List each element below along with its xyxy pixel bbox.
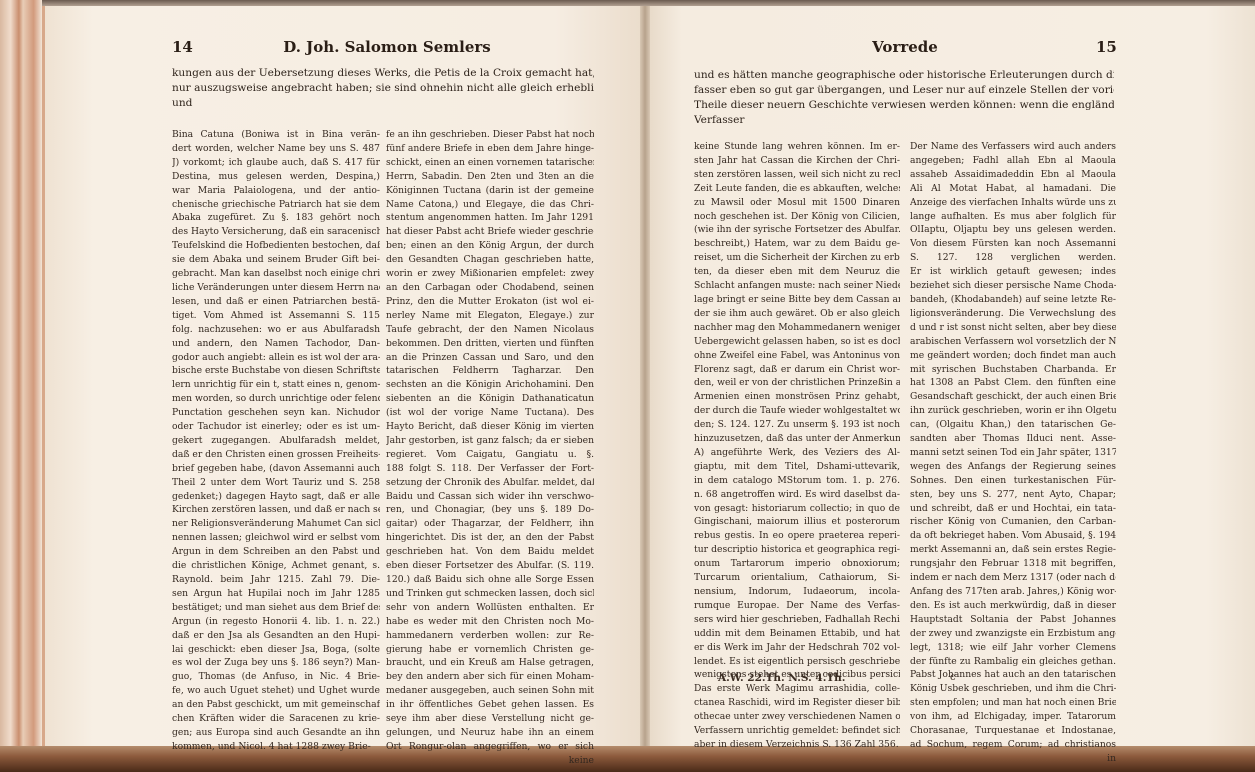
- text-line: Königinnen Tuctana (darin ist der gemein…: [386, 184, 594, 198]
- text-line: hat dieser Pabst acht Briefe wieder gesc…: [386, 225, 594, 239]
- left-page-column-1: Bina Catuna (Boniwa ist in Bina verän-de…: [172, 128, 380, 754]
- text-line: Verfassern unrichtig gemeldet: befindet …: [694, 724, 900, 738]
- text-line: sten Jahr hat Cassan die Kirchen der Chr…: [694, 154, 900, 168]
- text-line: der sie ihm auch gewäret. Ob er also gle…: [694, 307, 900, 321]
- text-line: war Maria Palaiologena, und der antio-: [172, 184, 380, 198]
- left-page-number: 14: [172, 38, 193, 56]
- signature-mark: A.W. 22.Th. N.S. 4.Th.: [718, 672, 845, 684]
- catchword: und: [172, 96, 594, 111]
- text-line: rumque Europae. Der Name des Verfas-: [694, 599, 900, 613]
- right-page-column-1: keine Stunde lang wehren können. Im er-s…: [694, 140, 900, 752]
- text-line: Er ist wirklich getauft gewesen; indes: [910, 265, 1116, 279]
- text-line: (ist wol der vorige Name Tuctana). Des: [386, 406, 594, 420]
- text-line: bische erste Buchstabe von diesen Schrif…: [172, 364, 380, 378]
- intro-line: Theile dieser neuern Geschichte verwiese…: [694, 98, 1114, 113]
- intro-line: kungen aus der Uebersetzung dieses Werks…: [172, 66, 594, 81]
- text-line: hat 1308 an Pabst Clem. den fünften eine: [910, 376, 1116, 390]
- text-line: medaner ausgegeben, auch seinen Sohn mit: [386, 684, 594, 698]
- text-line: es wol der Zuga bey uns §. 186 seyn?) Ma…: [172, 656, 380, 670]
- text-line: indem er nach dem Merz 1317 (oder nach d…: [910, 571, 1116, 585]
- text-line: lai geschickt: eben dieser Jsa, Boga, (s…: [172, 643, 380, 657]
- text-line: den Gesandten Chagan geschrieben hatte,: [386, 253, 594, 267]
- text-line: Turcarum orientalium, Cathaiorum, Si-: [694, 571, 900, 585]
- text-line: Das erste Werk Magimu arrashidia, colle-: [694, 682, 900, 696]
- text-line: rischer König von Cumanien, den Carban-: [910, 515, 1116, 529]
- text-line: onum Tartarorum imperio obnoxiorum;: [694, 557, 900, 571]
- text-line: bekommen. Den dritten, vierten und fünft…: [386, 337, 594, 351]
- text-line: dert worden, welcher Name bey uns S. 487: [172, 142, 380, 156]
- text-line: Ali Al Motat Habat, al hamadani. Die: [910, 182, 1116, 196]
- text-line: reiset, um die Sicherheit der Kirchen zu…: [694, 251, 900, 265]
- text-line: Sohnes. Den einen turkestanischen Für-: [910, 474, 1116, 488]
- text-line: habe es weder mit den Christen noch Mo-: [386, 615, 594, 629]
- text-line: hinzuzusetzen, daß das unter der Anmerku…: [694, 432, 900, 446]
- text-line: Raynold. beim Jahr 1215. Zahl 79. Die-: [172, 573, 380, 587]
- text-line: angegeben; Fadhl allah Ebn al Maoula: [910, 154, 1116, 168]
- text-line: des Hayto Versicherung, daß ein saraceni…: [172, 225, 380, 239]
- text-line: lesen, und daß er einen Patriarchen best…: [172, 295, 380, 309]
- left-running-head: D. Joh. Salomon Semlers: [262, 38, 512, 56]
- text-line: giaptu, mit dem Titel, Dshami-uttevarik,: [694, 460, 900, 474]
- text-line: Teufelskind die Hofbedienten bestochen, …: [172, 239, 380, 253]
- text-line: assaheb Assaidimadeddin Ebn al Maoula: [910, 168, 1116, 182]
- text-line: Chorasanae, Turquestanae et Indostanae,: [910, 724, 1116, 738]
- text-line: ten, da dieser eben mit dem Neuruz die: [694, 265, 900, 279]
- text-line: noch geschehen ist. Der König von Cilici…: [694, 210, 900, 224]
- text-line: A) angeführte Werk, des Veziers des Al-: [694, 446, 900, 460]
- text-line: lern unrichtig für ein t, statt eines n,…: [172, 378, 380, 392]
- text-line: Schlacht anfangen muste: nach seiner Nie…: [694, 279, 900, 293]
- text-line: ben; einen an den König Argun, der durch: [386, 239, 594, 253]
- text-line: in ihr öffentliches Gebet gehen lassen. …: [386, 698, 594, 712]
- text-line: liche Veränderungen unter diesem Herrn n…: [172, 281, 380, 295]
- text-line: beschreibt,) Hatem, war zu dem Baidu ge-: [694, 237, 900, 251]
- text-line: worin er zwey Mißionarien empfelet: zwey: [386, 267, 594, 281]
- text-line: merkt Assemanni an, daß sein erstes Regi…: [910, 543, 1116, 557]
- text-line: und andern, den Namen Tachodor, Dan-: [172, 337, 380, 351]
- text-line: wegen des Anfangs der Regierung seines: [910, 460, 1116, 474]
- text-line: men worden, so durch unrichtige oder fel…: [172, 392, 380, 406]
- text-line: sehr von andern Wollüsten enthalten. Er: [386, 601, 594, 615]
- text-line: beziehet sich dieser persische Name Chod…: [910, 279, 1116, 293]
- text-line: Hauptstadt Soltania der Pabst Johannes: [910, 613, 1116, 627]
- text-line: Argun (in regesto Honorii 4. lib. 1. n. …: [172, 615, 380, 629]
- text-line: Zeit Leute fanden, die es abkauften, wel…: [694, 182, 900, 196]
- text-line: Von diesem Fürsten kan noch Assemanni: [910, 237, 1116, 251]
- text-line: schickt, einen an einen vornemen tataris…: [386, 156, 594, 170]
- text-line: nensium, Indorum, Iudaeorum, incola-: [694, 585, 900, 599]
- text-line: an die Prinzen Cassan und Saro, und den: [386, 351, 594, 365]
- text-line: setzung der Chronik des Abulfar. meldet,…: [386, 476, 594, 490]
- text-line: Theil 2 unter dem Wort Tauriz und S. 258: [172, 476, 380, 490]
- text-line: chen Kräften wider die Saracenen zu krie…: [172, 712, 380, 726]
- text-line: der durch die Taufe wieder wohlgestaltet…: [694, 404, 900, 418]
- text-line: Armenien einen monströsen Prinz gehabt,: [694, 390, 900, 404]
- text-line: König Usbek geschrieben, und ihm die Chr…: [910, 682, 1116, 696]
- text-line: me geändert worden; doch findet man auch: [910, 349, 1116, 363]
- text-line: nachher mag den Mohammedanern weniger: [694, 321, 900, 335]
- right-intro-paragraph: und es hätten manche geographische oder …: [694, 68, 1114, 128]
- text-line: legt, 1318; wie eilf Jahr vorher Clemens: [910, 641, 1116, 655]
- text-line: und Trinken gut schmecken lassen, doch s…: [386, 587, 594, 601]
- left-intro-paragraph: kungen aus der Uebersetzung dieses Werks…: [172, 66, 594, 111]
- text-line: gedenket;) dagegen Hayto sagt, daß er al…: [172, 490, 380, 504]
- text-line: gekert zugegangen. Abulfaradsh meldet,: [172, 434, 380, 448]
- text-line: Uebergewicht gelassen haben, so ist es d…: [694, 335, 900, 349]
- text-line: regieret. Vom Caigatu, Gangiatu u. §.: [386, 448, 594, 462]
- text-line: gierung habe er vornemlich Christen ge-: [386, 643, 594, 657]
- text-line: Anfang des 717ten arab. Jahres,) König w…: [910, 585, 1116, 599]
- text-line: den; S. 124. 127. Zu unserm §. 193 ist n…: [694, 418, 900, 432]
- text-line: fünf andere Briefe in eben dem Jahre hin…: [386, 142, 594, 156]
- text-line: Florenz sagt, daß er darum ein Christ wo…: [694, 363, 900, 377]
- text-line: Hayto Bericht, daß dieser König im viert…: [386, 420, 594, 434]
- text-line: Kirchen zerstören lassen, und daß er nac…: [172, 503, 380, 517]
- text-line: manni setzt seinen Tod ein Jahr später, …: [910, 446, 1116, 460]
- text-line: Pabst Johannes hat auch an den tatarisch…: [910, 668, 1116, 682]
- text-line: geschrieben hat. Von dem Baidu meldet: [386, 545, 594, 559]
- intro-line: fasser eben so gut gar übergangen, und L…: [694, 83, 1114, 98]
- text-line: da oft bekrieget haben. Vom Abusaid, §. …: [910, 529, 1116, 543]
- left-page-column-2: fe an ihn geschrieben. Dieser Pabst hat …: [386, 128, 594, 768]
- text-line: ligionsveränderung. Die Verwechslung des: [910, 307, 1116, 321]
- text-line: gaitar) oder Thagarzar, der Feldherr, ih…: [386, 517, 594, 531]
- text-line: 188 folgt S. 118. Der Verfasser der Fort…: [386, 462, 594, 476]
- text-line: daß er den Christen einen grossen Freihe…: [172, 448, 380, 462]
- text-line: daß er den Jsa als Gesandten an den Hupi…: [172, 629, 380, 643]
- text-line: ren, und Chonagiar, (bey uns §. 189 Do-: [386, 503, 594, 517]
- right-page-column-2: Der Name des Verfassers wird auch anders…: [910, 140, 1116, 766]
- text-line: Argun in dem Schreiben an den Pabst und: [172, 545, 380, 559]
- text-line: fe an ihn geschrieben. Dieser Pabst hat …: [386, 128, 594, 142]
- text-line: fe, wo auch Uguet stehet) und Ughet wurd…: [172, 684, 380, 698]
- text-line: sechsten an die Königin Arichohamini. De…: [386, 378, 594, 392]
- text-line: sten, bey uns S. 277, nent Ayto, Chapar;: [910, 488, 1116, 502]
- text-line: sie dem Abaka und seinem Bruder Gift bei…: [172, 253, 380, 267]
- text-line: den, weil er von der christlichen Prinze…: [694, 376, 900, 390]
- text-line: aber in diesem Verzeichnis S. 136 Zahl 3…: [694, 738, 900, 752]
- text-line: sten empfolen; und man hat noch einen Br…: [910, 696, 1116, 710]
- catchword: keine: [386, 754, 594, 768]
- text-line: lange aufhalten. Es mus aber folglich fü…: [910, 210, 1116, 224]
- text-line: an den Pabst geschickt, um mit gemeinsch…: [172, 698, 380, 712]
- text-line: in dem catalogo MStorum tom. 1. p. 276.: [694, 474, 900, 488]
- text-line: Baidu und Cassan sich wider ihn verschwo…: [386, 490, 594, 504]
- text-line: Jahr gestorben, ist ganz falsch; da er s…: [386, 434, 594, 448]
- text-line: chenische griechische Patriarch hat sie …: [172, 198, 380, 212]
- text-line: eben dieser Fortsetzer des Abulfar. (S. …: [386, 559, 594, 573]
- text-line: Gingischani, maiorum illius et posteroru…: [694, 515, 900, 529]
- signature-letter: c: [950, 672, 956, 683]
- text-line: bandeh, (Khodabandeh) auf seine letzte R…: [910, 293, 1116, 307]
- text-line: sten zerstören lassen, weil sich nicht z…: [694, 168, 900, 182]
- text-line: den. Es ist auch merkwürdig, daß in dies…: [910, 599, 1116, 613]
- text-line: S. 127. 128 verglichen werden.: [910, 251, 1116, 265]
- text-line: Ort Rongur-olan angegriffen, wo er sich: [386, 740, 594, 754]
- text-line: braucht, und ein Kreuß am Halse getragen…: [386, 656, 594, 670]
- text-line: n. 68 angetroffen wird. Es wird daselbst…: [694, 488, 900, 502]
- text-line: keine Stunde lang wehren können. Im er-: [694, 140, 900, 154]
- text-line: can, (Olgaitu Khan,) den tatarischen Ge-: [910, 418, 1116, 432]
- text-line: stentum angenommen hatten. Im Jahr 1291: [386, 211, 594, 225]
- text-line: an den Carbagan oder Chodabend, seinen: [386, 281, 594, 295]
- text-line: Prinz, den die Mutter Erokaton (ist wol …: [386, 295, 594, 309]
- text-line: gen; aus Europa sind auch Gesandte an ih…: [172, 726, 380, 740]
- text-line: Destina, mus gelesen werden, Despina,): [172, 170, 380, 184]
- text-line: guo, Thomas (de Anfuso, in Nic. 4 Brie-: [172, 670, 380, 684]
- text-line: ner Religionsveränderung Mahumet Can sic…: [172, 517, 380, 531]
- book-binding-edge: [0, 0, 42, 772]
- text-line: tatarischen Feldherrn Tagharzar. Den: [386, 364, 594, 378]
- text-line: Name Catona,) und Elegaye, die das Chri-: [386, 198, 594, 212]
- text-line: Der Name des Verfassers wird auch anders: [910, 140, 1116, 154]
- text-line: OlIaptu, Oljaptu bey uns gelesen werden.: [910, 223, 1116, 237]
- catchword: in: [910, 752, 1116, 766]
- text-line: nennen lassen; gleichwol wird er selbst …: [172, 531, 380, 545]
- intro-line: nur auszugsweise angebracht haben; sie s…: [172, 81, 594, 96]
- text-line: von ihm, ad Elchigaday, imper. Tatarorum: [910, 710, 1116, 724]
- right-page-number: 15: [1096, 38, 1117, 56]
- text-line: hingerichtet. Dis ist der, an den der Pa…: [386, 531, 594, 545]
- text-line: J) vorkomt; ich glaube auch, daß S. 417 …: [172, 156, 380, 170]
- text-line: lage bringt er seine Bitte bey dem Cassa…: [694, 293, 900, 307]
- text-line: ihn zurück geschrieben, worin er ihn Olg…: [910, 404, 1116, 418]
- book-gutter: [640, 6, 650, 748]
- text-line: Herrn, Sabadin. Den 2ten und 3ten an die: [386, 170, 594, 184]
- text-line: d und r ist sonst nicht selten, aber bey…: [910, 321, 1116, 335]
- text-line: kommen, und Nicol. 4 hat 1288 zwey Brie-: [172, 740, 380, 754]
- text-line: der zwey und zwanzigste ein Erzbistum an…: [910, 627, 1116, 641]
- text-line: oder Tachudor ist einerley; oder es ist …: [172, 420, 380, 434]
- catchword: Verfasser: [694, 113, 1114, 128]
- intro-line: und es hätten manche geographische oder …: [694, 68, 1114, 83]
- text-line: tiget. Vom Ahmed ist Assemanni S. 115: [172, 309, 380, 323]
- text-line: ctanea Raschidi, wird im Register dieser…: [694, 696, 900, 710]
- right-running-head: Vorrede: [820, 38, 990, 56]
- text-line: othecae unter zwey verschiedenen Namen o…: [694, 710, 900, 724]
- text-line: zu Mawsil oder Mosul mit 1500 Dinaren: [694, 196, 900, 210]
- text-line: gebracht. Man kan daselbst noch einige c…: [172, 267, 380, 281]
- text-line: sen Argun hat Hupilai noch im Jahr 1285: [172, 587, 380, 601]
- text-line: Abaka zugefüret. Zu §. 183 gehört noch: [172, 211, 380, 225]
- text-line: Anzeige des vierfachen Inhalts würde uns…: [910, 196, 1116, 210]
- text-line: siebenten an die Königin Dathanaticatun: [386, 392, 594, 406]
- text-line: ad Sochum, regem Corum; ad christianos: [910, 738, 1116, 752]
- text-line: bey den andern aber sich für einen Moham…: [386, 670, 594, 684]
- text-line: Bina Catuna (Boniwa ist in Bina verän-: [172, 128, 380, 142]
- text-line: nerley Name mit Elegaton, Elegaye.) zur: [386, 309, 594, 323]
- text-line: sers wird hier geschrieben, Fadhallah Re…: [694, 613, 900, 627]
- text-line: 120.) daß Baidu sich ohne alle Sorge Ess…: [386, 573, 594, 587]
- text-line: gelungen, und Neuruz habe ihn an einem: [386, 726, 594, 740]
- text-line: von gesagt: historiarum collectio; in qu…: [694, 502, 900, 516]
- text-line: uddin mit dem Beinamen Ettabib, und hat: [694, 627, 900, 641]
- text-line: Taufe gebracht, der den Namen Nicolaus: [386, 323, 594, 337]
- text-line: rebus gestis. In eo opere praeterea repe…: [694, 529, 900, 543]
- text-line: Punctation geschehen seyn kan. Nichudor: [172, 406, 380, 420]
- text-line: ohne Zweifel eine Fabel, was Antoninus v…: [694, 349, 900, 363]
- text-line: Gesandschaft geschickt, der auch einen B…: [910, 390, 1116, 404]
- text-line: godor auch angiebt: allein es ist wol de…: [172, 351, 380, 365]
- text-line: sandten aber Thomas Ilduci nent. Asse-: [910, 432, 1116, 446]
- text-line: seye ihm aber diese Verstellung nicht ge…: [386, 712, 594, 726]
- text-line: lendet. Es ist eigentlich persisch gesch…: [694, 655, 900, 669]
- text-line: (wie ihn der syrische Fortsetzer des Abu…: [694, 223, 900, 237]
- text-line: der fünfte zu Rambalig ein gleiches geth…: [910, 655, 1116, 669]
- text-line: tur descriptio historica et geographica …: [694, 543, 900, 557]
- text-line: mit syrischen Buchstaben Charbanda. Er: [910, 363, 1116, 377]
- text-line: folg. nachzusehen: wo er aus Abulfaradsh: [172, 323, 380, 337]
- text-line: die christlichen Könige, Achmet genant, …: [172, 559, 380, 573]
- text-line: er dis Werk im Jahr der Hedschrah 702 vo…: [694, 641, 900, 655]
- text-line: und schreibt, daß er und Hochtai, ein ta…: [910, 502, 1116, 516]
- text-line: arabischen Verfassern wol vorsetzlich de…: [910, 335, 1116, 349]
- text-line: rungsjahr den Februar 1318 mit begriffen…: [910, 557, 1116, 571]
- text-line: brief gegeben habe, (davon Assemanni auc…: [172, 462, 380, 476]
- text-line: hammedanern verderben wollen: zur Re-: [386, 629, 594, 643]
- text-line: bestätiget; und man siehet aus dem Brief…: [172, 601, 380, 615]
